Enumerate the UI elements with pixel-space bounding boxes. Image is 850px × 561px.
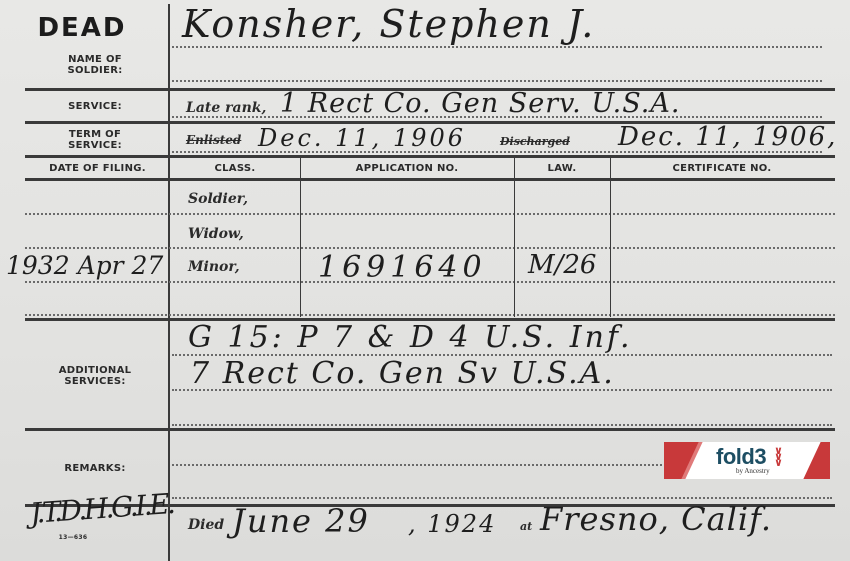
discharged-label: Discharged	[500, 135, 570, 148]
enlisted-date: Dec. 11, 1906	[258, 124, 466, 152]
label-name-of-soldier: NAME OF SOLDIER:	[55, 54, 135, 76]
header-certificate-no: CERTIFICATE NO.	[612, 163, 832, 174]
law-value: M/26	[528, 250, 596, 280]
guide	[172, 424, 832, 426]
clerk-signature: J.T.D.H.G.I.E.	[29, 487, 174, 530]
label-term-of-service: TERM OF SERVICE:	[55, 129, 135, 151]
guide	[172, 497, 832, 499]
guide	[25, 213, 835, 215]
soldier-name: Konsher, Stephen J.	[182, 2, 595, 46]
guide	[25, 247, 835, 249]
header-application-no: APPLICATION NO.	[302, 163, 512, 174]
rule	[25, 428, 835, 431]
rule	[25, 178, 835, 181]
class-minor: Minor,	[188, 259, 240, 275]
chevron-stack-icon: ∨∨∨	[774, 448, 783, 466]
additional-service-line-1: G 15: P 7 & D 4 U.S. Inf.	[188, 320, 632, 355]
died-year: , 1924	[408, 510, 496, 538]
service-prefix: Late rank,	[186, 100, 266, 116]
guide	[172, 80, 822, 82]
table-divider	[514, 157, 515, 317]
application-number: 1691640	[318, 250, 487, 285]
fold3-logo[interactable]: fold3 ∨∨∨ by Ancestry	[664, 442, 830, 479]
rule	[25, 155, 835, 158]
logo-stripe-right	[803, 442, 830, 479]
guide	[25, 314, 835, 316]
at-label: at	[520, 520, 532, 533]
label-date-of-filing: DATE OF FILING.	[30, 163, 165, 174]
guide	[172, 46, 822, 48]
header-class: CLASS.	[172, 163, 298, 174]
table-divider	[610, 157, 611, 317]
form-number: 13—636	[48, 532, 98, 543]
guide	[172, 464, 662, 466]
logo-byline: by Ancestry	[736, 467, 770, 475]
discharged-date: Dec. 11, 1906,	[618, 122, 837, 152]
table-divider	[300, 157, 301, 317]
class-soldier: Soldier,	[188, 191, 248, 207]
label-additional-services: ADDITIONAL SERVICES:	[45, 365, 145, 387]
additional-service-line-2: 7 Rect Co. Gen Sv U.S.A.	[190, 356, 615, 391]
died-label: Died	[188, 517, 224, 533]
label-remarks: REMARKS:	[45, 463, 145, 474]
class-widow: Widow,	[188, 226, 244, 242]
died-place: Fresno, Calif.	[540, 500, 772, 538]
pension-index-card: DEAD NAME OF SOLDIER: SERVICE: TERM OF S…	[0, 0, 850, 561]
header-law: LAW.	[516, 163, 608, 174]
label-service: SERVICE:	[55, 101, 135, 112]
enlisted-label: Enlisted	[186, 133, 241, 147]
service-value: 1 Rect Co. Gen Serv. U.S.A.	[280, 88, 680, 119]
died-date: June 29	[232, 502, 370, 540]
filing-date: 1932 Apr 27	[6, 251, 163, 280]
dead-stamp: DEAD	[22, 14, 142, 42]
